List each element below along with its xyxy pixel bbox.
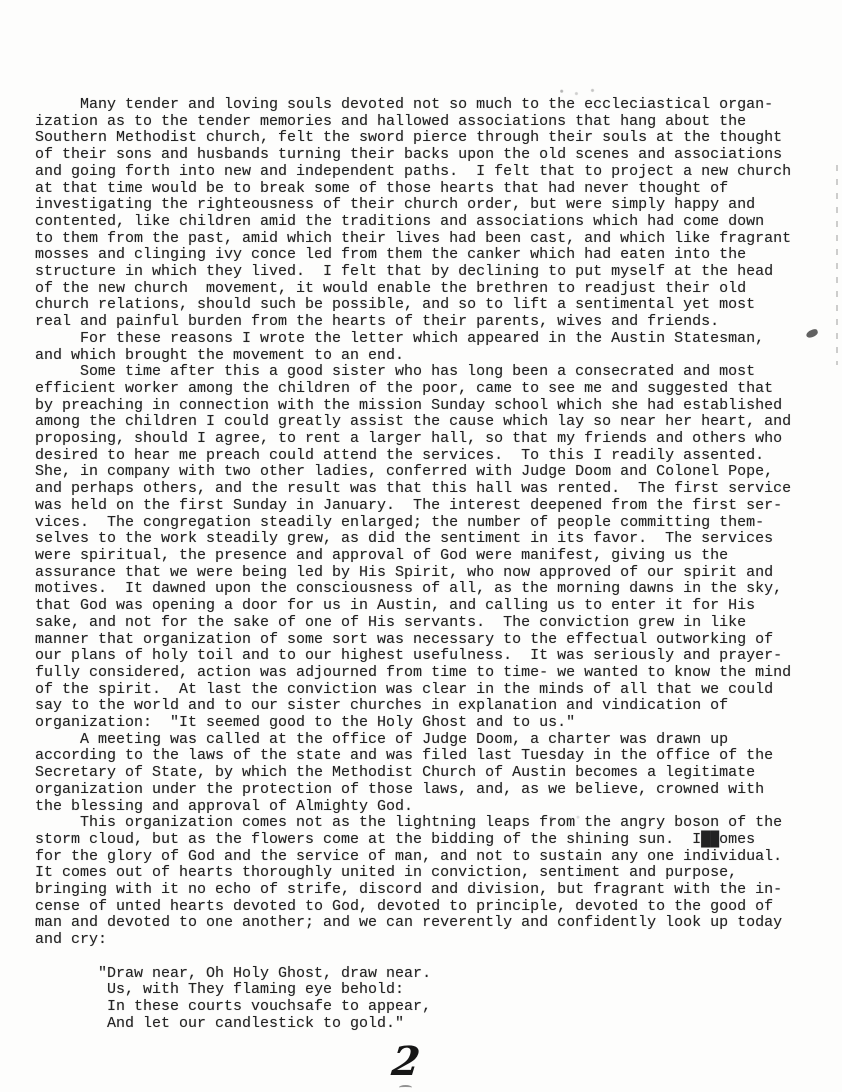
scan-artifact-top-specks	[558, 88, 604, 96]
scanned-document-page: Many tender and loving souls devoted not…	[0, 0, 842, 1092]
typewritten-text-body: Many tender and loving souls devoted not…	[35, 97, 825, 1032]
scan-artifact-right-edge-crease	[836, 165, 838, 365]
paragraph-a-meeting-was-called: A meeting was called at the office of Ju…	[35, 732, 825, 816]
page-number: 2	[390, 1038, 423, 1085]
hymn-quote: "Draw near, Oh Holy Ghost, draw near. Us…	[35, 966, 825, 1033]
paragraph-many-tender-souls: Many tender and loving souls devoted not…	[35, 97, 825, 331]
paragraph-for-these-reasons: For these reasons I wrote the letter whi…	[35, 331, 825, 364]
paragraph-some-time-after: Some time after this a good sister who h…	[35, 364, 825, 731]
paragraph-this-organization-comes: This organization comes not as the light…	[35, 815, 825, 949]
scan-artifact-bottom-mark	[399, 1085, 412, 1090]
